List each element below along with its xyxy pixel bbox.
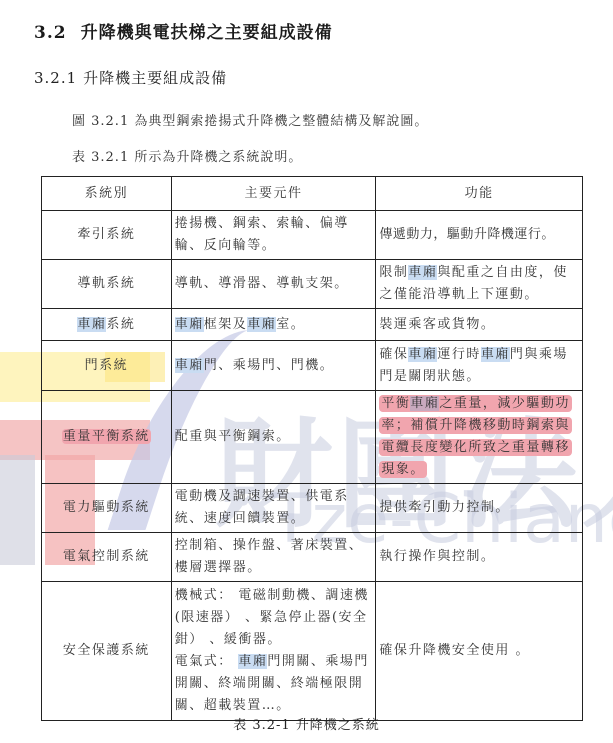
cell-function: 傳遞動力，驅動升降機運行。	[376, 211, 583, 260]
header-components: 主要元件	[171, 177, 376, 211]
section-title: 升降機與電扶梯之主要組成設備	[81, 23, 333, 43]
cell-system: 重量平衡系統	[42, 391, 172, 484]
highlight-car: 車廂	[410, 396, 439, 411]
table-row: 電力驅動系統 電動機及調速裝置、供電系統、速度回饋裝置。 提供牽引動力控制。	[42, 484, 583, 533]
table-row: 導軌系統 導軌、導滑器、導軌支架。 限制車廂與配重之自由度，使之僅能沿導軌上下運…	[42, 260, 583, 309]
table-row: 電氣控制系統 控制箱、操作盤、著床裝置、樓層選擇器。 執行操作與控制。	[42, 533, 583, 582]
header-function: 功能	[376, 177, 583, 211]
cell-system: 車廂系統	[42, 309, 172, 341]
cell-components: 車廂框架及車廂室。	[171, 309, 376, 341]
subsection-heading: 3.2.1升降機主要組成設備	[34, 67, 227, 88]
table-header-row: 系統別 主要元件 功能	[42, 177, 583, 211]
highlight-car: 車廂	[481, 347, 510, 362]
table-row: 車廂系統 車廂框架及車廂室。 裝運乘客或貨物。	[42, 309, 583, 341]
highlight-car: 車廂	[77, 317, 106, 332]
cell-system: 牽引系統	[42, 211, 172, 260]
watermark-logo-gray-trunk	[0, 455, 35, 565]
highlight-car: 車廂	[247, 317, 276, 332]
table-row: 重量平衡系統 配重與平衡鋼索。 平衡車廂之重量，減少驅動功率；補償升降機移動時鋼…	[42, 391, 583, 484]
section-number: 3.2	[34, 23, 67, 43]
paragraph-figure-ref: 圖 3.2.1 為典型鋼索捲揚式升降機之整體結構及解說圖。	[72, 110, 428, 129]
cell-system: 導軌系統	[42, 260, 172, 309]
cell-components: 機械式： 電磁制動機、調速機(限速器） 、緊急停止器(安全鉗） 、緩衝器。電氣式…	[171, 582, 376, 721]
cell-function: 執行操作與控制。	[376, 533, 583, 582]
cell-components: 電動機及調速裝置、供電系統、速度回饋裝置。	[171, 484, 376, 533]
subsection-title: 升降機主要組成設備	[83, 69, 227, 87]
highlight-car: 車廂	[238, 654, 267, 669]
section-heading: 3.2升降機與電扶梯之主要組成設備	[34, 18, 333, 43]
cell-function: 提供牽引動力控制。	[376, 484, 583, 533]
table-row: 門系統 車廂門、乘場門、門機。 確保車廂運行時車廂門與乘場門是關閉狀態。	[42, 341, 583, 391]
subsection-number: 3.2.1	[34, 69, 77, 87]
cell-function: 確保升降機安全使用 。	[376, 582, 583, 721]
cell-function: 確保車廂運行時車廂門與乘場門是關閉狀態。	[376, 341, 583, 391]
paragraph-table-ref: 表 3.2.1 所示為升降機之系統說明。	[72, 146, 302, 165]
cell-function: 平衡車廂之重量，減少驅動功率；補償升降機移動時鋼索與電纜長度變化所致之重量轉移現…	[376, 391, 583, 484]
cell-system: 電氣控制系統	[42, 533, 172, 582]
cell-system: 電力驅動系統	[42, 484, 172, 533]
cell-system: 安全保護系統	[42, 582, 172, 721]
highlight-counterweight: 重量平衡系統	[62, 429, 151, 444]
highlight-car: 車廂	[175, 358, 204, 373]
table-row: 牽引系統 捲揚機、鋼索、索輪、偏導輪、反向輪等。 傳遞動力，驅動升降機運行。	[42, 211, 583, 260]
cell-components: 車廂門、乘場門、門機。	[171, 341, 376, 391]
cell-function: 裝運乘客或貨物。	[376, 309, 583, 341]
elevator-systems-table: 系統別 主要元件 功能 牽引系統 捲揚機、鋼索、索輪、偏導輪、反向輪等。 傳遞動…	[41, 176, 583, 721]
highlight-car: 車廂	[408, 265, 437, 280]
cell-function: 限制車廂與配重之自由度，使之僅能沿導軌上下運動。	[376, 260, 583, 309]
highlight-function: 平衡車廂之重量，減少驅動功率；補償升降機移動時鋼索與電纜長度變化所致之重量轉移現…	[379, 395, 572, 478]
header-system: 系統別	[42, 177, 172, 211]
highlight-car: 車廂	[175, 317, 204, 332]
table-row: 安全保護系統 機械式： 電磁制動機、調速機(限速器） 、緊急停止器(安全鉗） 、…	[42, 582, 583, 721]
cell-components: 捲揚機、鋼索、索輪、偏導輪、反向輪等。	[171, 211, 376, 260]
cell-components: 導軌、導滑器、導軌支架。	[171, 260, 376, 309]
cell-system: 門系統	[42, 341, 172, 391]
highlight-car: 車廂	[408, 347, 437, 362]
cell-components: 配重與平衡鋼索。	[171, 391, 376, 484]
cell-components: 控制箱、操作盤、著床裝置、樓層選擇器。	[171, 533, 376, 582]
table-caption: 表 3.2-1 升降機之系統	[0, 714, 613, 733]
